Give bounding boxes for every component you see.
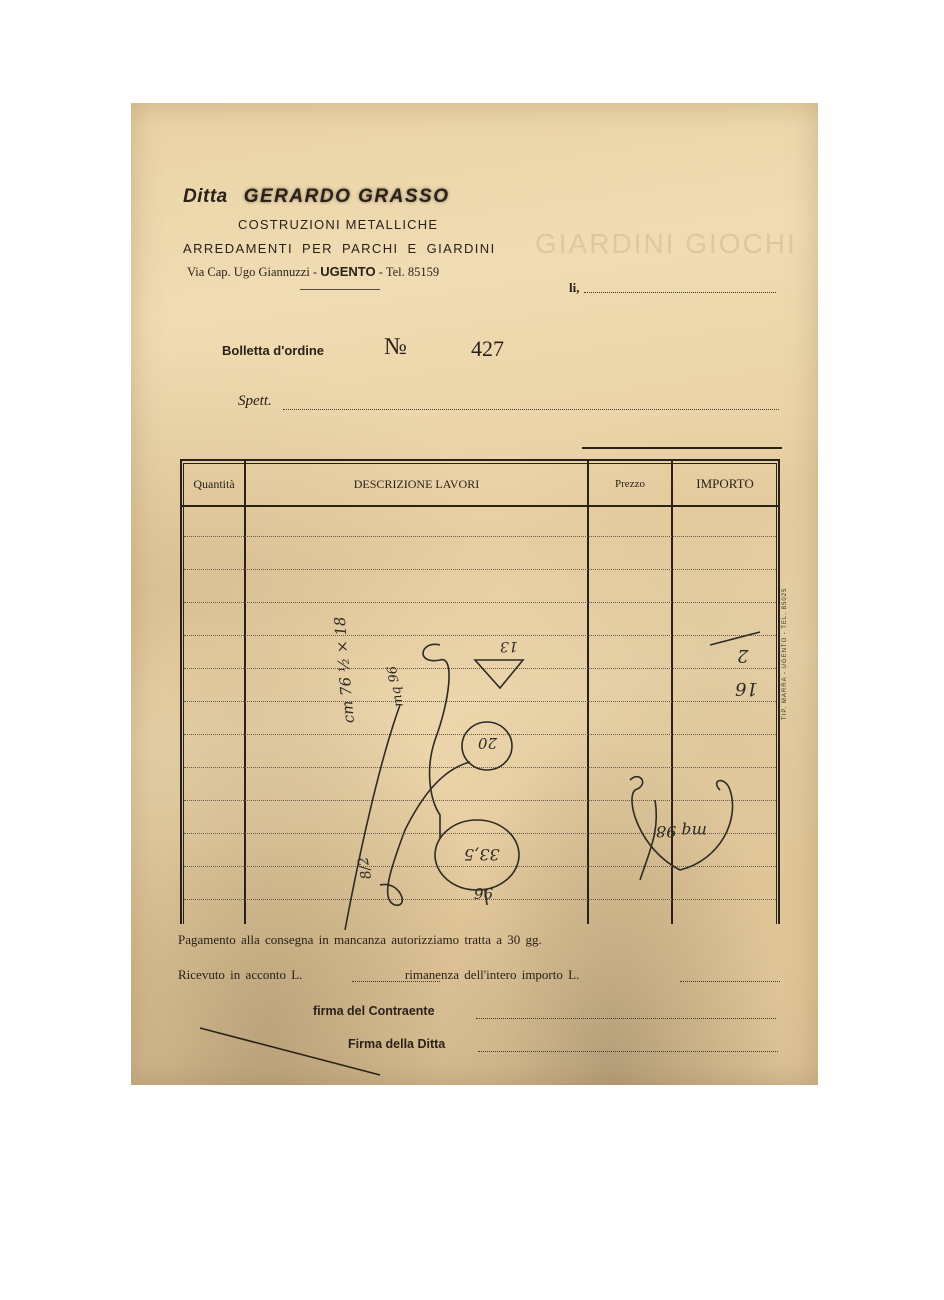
company-heading: DittaGERARDO GRASSO — [183, 186, 449, 208]
address-street: Via Cap. Ugo Giannuzzi - — [187, 265, 320, 279]
company-signature-field[interactable] — [478, 1051, 778, 1052]
company-activity-1: COSTRUZIONI METALLICHE — [238, 217, 438, 232]
table-border — [183, 463, 777, 464]
handwritten-note: 33,5 — [464, 845, 500, 864]
column-divider — [244, 459, 246, 924]
table-border — [776, 463, 777, 924]
table-border — [183, 463, 184, 924]
table-row[interactable] — [184, 668, 776, 669]
table-row[interactable] — [184, 635, 776, 636]
balance-label: rimanenza dell'intero importo L. — [405, 967, 579, 982]
column-divider — [671, 459, 673, 924]
company-signature-label: Firma della Ditta — [348, 1037, 445, 1051]
table-row[interactable] — [184, 602, 776, 603]
date-label: li, — [569, 280, 579, 296]
date-field[interactable] — [584, 292, 776, 293]
column-header-price: Prezzo — [589, 478, 671, 490]
divider — [300, 289, 380, 290]
balance-field-line[interactable] — [680, 981, 780, 982]
company-activity-2: ARREDAMENTI PER PARCHI E GIARDINI — [183, 241, 496, 256]
column-divider — [587, 459, 589, 924]
table-row[interactable] — [184, 866, 776, 867]
payment-terms: Pagamento alla consegna in mancanza auto… — [178, 932, 542, 948]
handwritten-amount: 16 — [735, 678, 758, 699]
deposit-field-line — [352, 981, 440, 982]
deposit-label: Ricevuto in acconto L. — [178, 967, 302, 982]
order-number: 427 — [471, 336, 504, 362]
ditta-label: Ditta — [183, 186, 228, 207]
contractor-signature-field[interactable] — [476, 1018, 776, 1019]
column-header-amount: IMPORTO — [673, 476, 777, 492]
company-address: Via Cap. Ugo Giannuzzi - UGENTO - Tel. 8… — [187, 264, 439, 280]
column-header-description: DESCRIZIONE LAVORI — [246, 477, 587, 492]
table-row[interactable] — [184, 800, 776, 801]
contractor-signature-label: firma del Contraente — [313, 1004, 435, 1018]
number-sign: № — [384, 334, 407, 361]
recipient-label: Spett. — [238, 393, 272, 410]
recipient-field[interactable] — [283, 409, 779, 410]
handwritten-note: 13 — [500, 638, 518, 654]
table-row[interactable] — [184, 536, 776, 537]
handwritten-note: 96 — [474, 884, 493, 902]
handwritten-note: 20 — [478, 734, 497, 752]
printer-credit: TIP. MARRA - UGENTO - TEL. 85025 — [782, 588, 788, 720]
header-divider — [180, 505, 780, 507]
document-title: Bolletta d'ordine — [222, 343, 324, 358]
company-name: GERARDO GRASSO — [244, 186, 450, 207]
divider — [582, 447, 782, 449]
table-row[interactable] — [184, 767, 776, 768]
column-header-quantity: Quantità — [184, 477, 244, 492]
address-phone: - Tel. 85159 — [376, 265, 439, 279]
address-city: UGENTO — [320, 264, 375, 279]
handwritten-price: mq 98 — [656, 822, 707, 841]
table-row[interactable] — [184, 701, 776, 702]
handwritten-amount: 2 — [737, 645, 748, 666]
table-row[interactable] — [184, 569, 776, 570]
embossed-watermark: GIARDINI GIOCHI — [535, 228, 797, 260]
